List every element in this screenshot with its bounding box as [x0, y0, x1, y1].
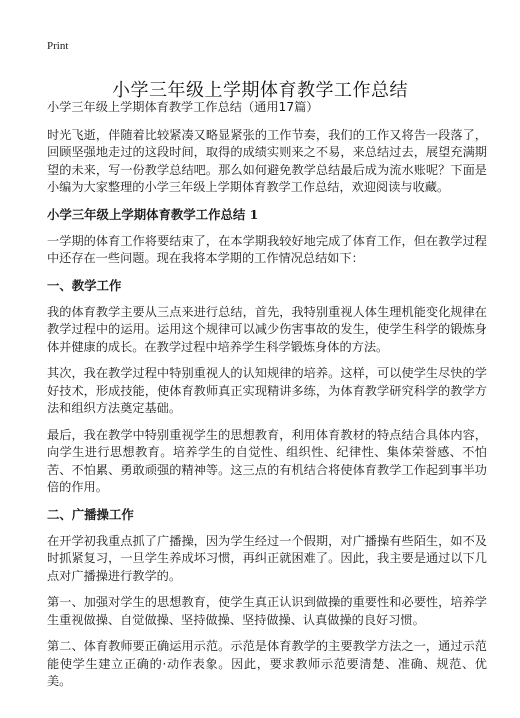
part-heading-broadcast-exercise: 二、广播操工作 [47, 506, 487, 524]
body-paragraph: 最后，我在教学中特别重视学生的思想教育，利用体育教材的特点结合具体内容，向学生进… [47, 427, 487, 497]
document-body: 小学三年级上学期体育教学工作总结（通用17篇） 时光飞逝，伴随着比较紧凑又略显紧… [47, 99, 487, 700]
document-page: Print 小学三年级上学期体育教学工作总结 小学三年级上学期体育教学工作总结（… [0, 0, 520, 718]
document-subtitle: 小学三年级上学期体育教学工作总结（通用17篇） [47, 99, 487, 117]
part-heading-teaching: 一、教学工作 [47, 277, 487, 295]
body-paragraph: 在开学初我重点抓了广播操，因为学生经过一个假期，对广播操有些陌生，如不及时抓紧复… [47, 533, 487, 586]
body-paragraph: 其次，我在教学过程中特别重视人的认知规律的培养。这样，可以使学生尽快的学好技术，… [47, 365, 487, 418]
body-paragraph: 第一、加强对学生的思想教育，使学生真正认识到做操的重要性和必要性，培养学生重视做… [47, 594, 487, 629]
body-paragraph: 我的体育教学主要从三点来进行总结，首先，我特别重视人体生理机能变化规律在教学过程… [47, 304, 487, 357]
section-title: 小学三年级上学期体育教学工作总结 1 [47, 206, 487, 224]
intro-paragraph: 时光飞逝，伴随着比较紧凑又略显紧张的工作节奏，我们的工作又将告一段落了，回顾坚强… [47, 127, 487, 197]
body-paragraph: 第二、体育教师要正确运用示范。示范是体育教学的主要教学方法之一，通过示范能使学生… [47, 638, 487, 691]
print-label[interactable]: Print [47, 40, 68, 52]
section-intro-paragraph: 一学期的体育工作将要结束了，在本学期我较好地完成了体育工作，但在教学过程中还存在… [47, 233, 487, 268]
